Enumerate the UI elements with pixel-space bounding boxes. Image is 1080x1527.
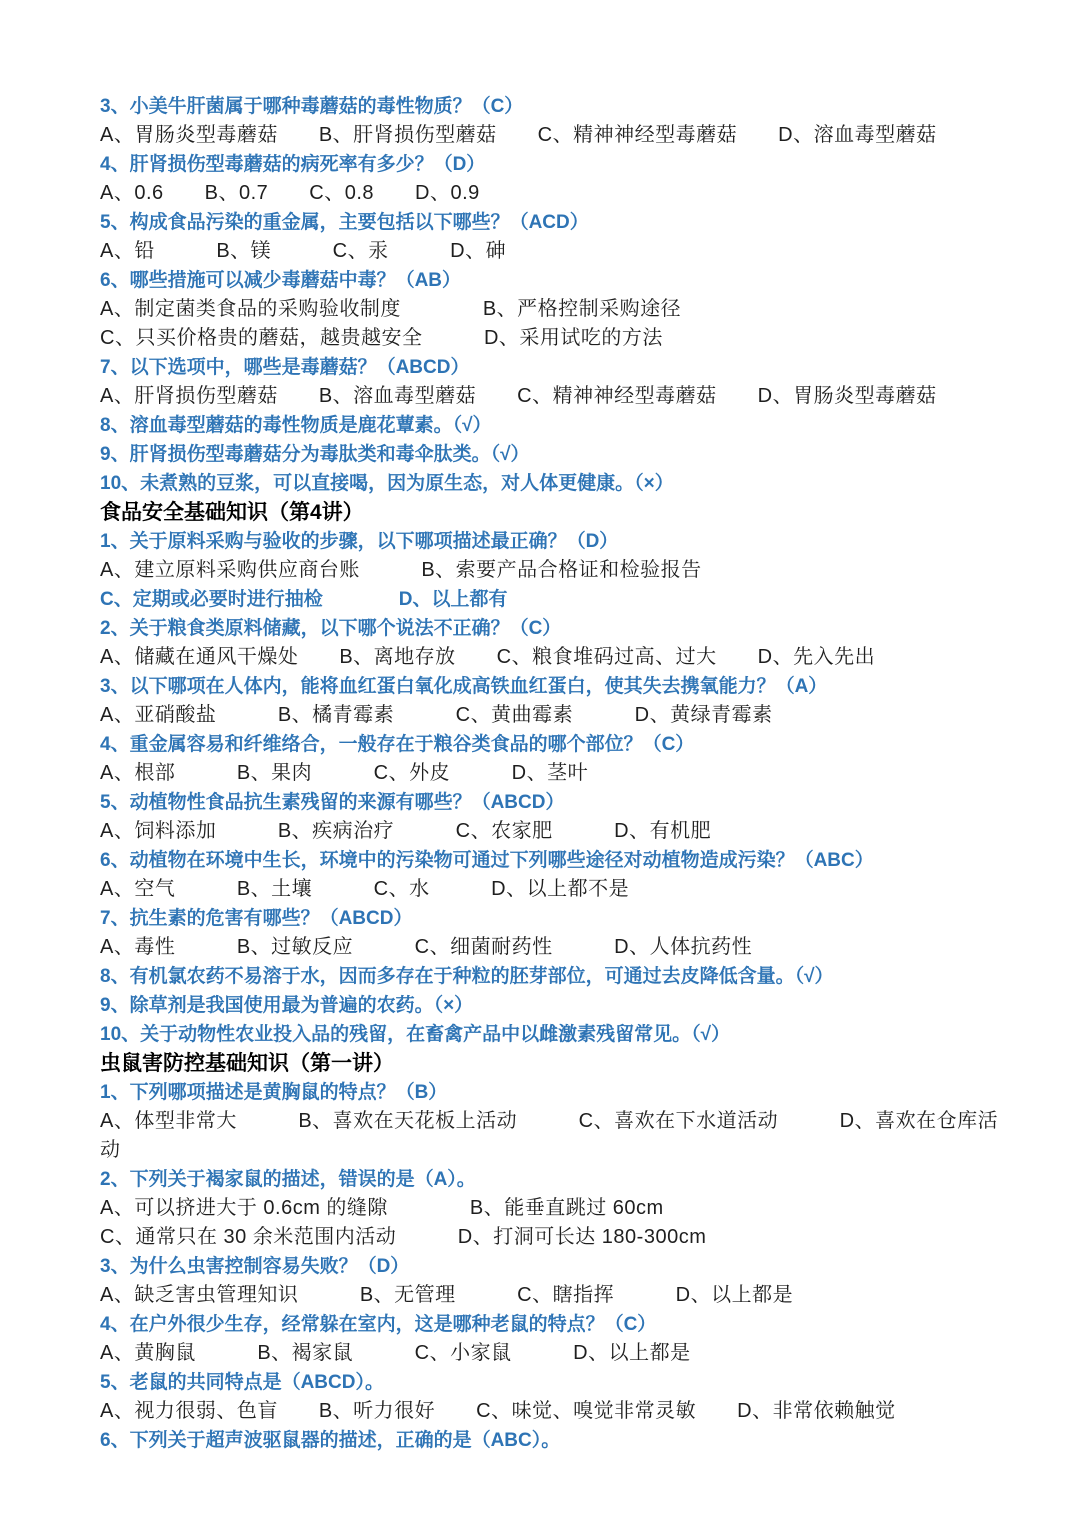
question-line: 9、肝肾损伤型毒蘑菇分为毒肽类和毒伞肽类。（√） bbox=[100, 440, 1002, 469]
option-line-highlighted: C、定期或必要时进行抽检 D、以上都有 bbox=[100, 585, 1002, 614]
option-line: A、储藏在通风干燥处 B、离地存放 C、粮食堆码过高、过大 D、先入先出 bbox=[100, 643, 1002, 672]
question-line: 3、以下哪项在人体内，能将血红蛋白氧化成高铁血红蛋白，使其失去携氧能力？（A） bbox=[100, 672, 1002, 701]
option-line: A、根部 B、果肉 C、外皮 D、茎叶 bbox=[100, 759, 1002, 788]
option-line: A、建立原料采购供应商台账 B、索要产品合格证和检验报告 bbox=[100, 556, 1002, 585]
option-line: A、0.6 B、0.7 C、0.8 D、0.9 bbox=[100, 179, 1002, 208]
option-line: A、亚硝酸盐 B、橘青霉素 C、黄曲霉素 D、黄绿青霉素 bbox=[100, 701, 1002, 730]
question-line: 6、哪些措施可以减少毒蘑菇中毒？（AB） bbox=[100, 266, 1002, 295]
question-line: 6、动植物在环境中生长，环境中的污染物可通过下列哪些途径对动植物造成污染？（AB… bbox=[100, 846, 1002, 875]
question-line: 2、关于粮食类原料储藏，以下哪个说法不正确？（C） bbox=[100, 614, 1002, 643]
question-line: 5、动植物性食品抗生素残留的来源有哪些？（ABCD） bbox=[100, 788, 1002, 817]
question-line: 1、下列哪项描述是黄胸鼠的特点？（B） bbox=[100, 1078, 1002, 1107]
question-line: 4、肝肾损伤型毒蘑菇的病死率有多少？（D） bbox=[100, 150, 1002, 179]
quiz-document: 3、小美牛肝菌属于哪种毒蘑菇的毒性物质？（C）A、胃肠炎型毒蘑菇 B、肝肾损伤型… bbox=[0, 0, 1080, 1527]
question-line: 8、溶血毒型蘑菇的毒性物质是鹿花蕈素。（√） bbox=[100, 411, 1002, 440]
option-line: A、饲料添加 B、疾病治疗 C、农家肥 D、有机肥 bbox=[100, 817, 1002, 846]
question-line: 8、有机氯农药不易溶于水，因而多存在于种粒的胚芽部位，可通过去皮降低含量。（√） bbox=[100, 962, 1002, 991]
section-header: 食品安全基础知识（第4讲） bbox=[100, 498, 1002, 527]
question-line: 3、为什么虫害控制容易失败？（D） bbox=[100, 1252, 1002, 1281]
question-line: 5、老鼠的共同特点是（ABCD）。 bbox=[100, 1368, 1002, 1397]
question-line: 4、重金属容易和纤维络合，一般存在于粮谷类食品的哪个部位？（C） bbox=[100, 730, 1002, 759]
question-line: 7、抗生素的危害有哪些？（ABCD） bbox=[100, 904, 1002, 933]
option-line: A、制定菌类食品的采购验收制度 B、严格控制采购途径 bbox=[100, 295, 1002, 324]
question-line: 7、以下选项中，哪些是毒蘑菇？（ABCD） bbox=[100, 353, 1002, 382]
option-line: A、胃肠炎型毒蘑菇 B、肝肾损伤型蘑菇 C、精神神经型毒蘑菇 D、溶血毒型蘑菇 bbox=[100, 121, 1002, 150]
question-line: 3、小美牛肝菌属于哪种毒蘑菇的毒性物质？（C） bbox=[100, 92, 1002, 121]
section-header: 虫鼠害防控基础知识（第一讲） bbox=[100, 1049, 1002, 1078]
option-line: A、黄胸鼠 B、褐家鼠 C、小家鼠 D、以上都是 bbox=[100, 1339, 1002, 1368]
option-line: A、肝肾损伤型蘑菇 B、溶血毒型蘑菇 C、精神神经型毒蘑菇 D、胃肠炎型毒蘑菇 bbox=[100, 382, 1002, 411]
question-line: 2、下列关于褐家鼠的描述，错误的是（A）。 bbox=[100, 1165, 1002, 1194]
option-line: A、空气 B、土壤 C、水 D、以上都不是 bbox=[100, 875, 1002, 904]
question-line: 5、构成食品污染的重金属，主要包括以下哪些？（ACD） bbox=[100, 208, 1002, 237]
option-line: A、体型非常大 B、喜欢在天花板上活动 C、喜欢在下水道活动 D、喜欢在仓库活动 bbox=[100, 1107, 1002, 1165]
option-line: C、只买价格贵的蘑菇，越贵越安全 D、采用试吃的方法 bbox=[100, 324, 1002, 353]
question-line: 6、下列关于超声波驱鼠器的描述，正确的是（ABC）。 bbox=[100, 1426, 1002, 1455]
option-line: A、视力很弱、色盲 B、听力很好 C、味觉、嗅觉非常灵敏 D、非常依赖触觉 bbox=[100, 1397, 1002, 1426]
option-line: A、缺乏害虫管理知识 B、无管理 C、瞎指挥 D、以上都是 bbox=[100, 1281, 1002, 1310]
question-line: 9、除草剂是我国使用最为普遍的农药。（×） bbox=[100, 991, 1002, 1020]
question-line: 1、关于原料采购与验收的步骤，以下哪项描述最正确？（D） bbox=[100, 527, 1002, 556]
option-line: A、毒性 B、过敏反应 C、细菌耐药性 D、人体抗药性 bbox=[100, 933, 1002, 962]
option-line: A、可以挤进大于 0.6cm 的缝隙 B、能垂直跳过 60cm bbox=[100, 1194, 1002, 1223]
option-line: C、通常只在 30 余米范围内活动 D、打洞可长达 180-300cm bbox=[100, 1223, 1002, 1252]
question-line: 10、未煮熟的豆浆，可以直接喝，因为原生态，对人体更健康。（×） bbox=[100, 469, 1002, 498]
question-line: 10、关于动物性农业投入品的残留，在畜禽产品中以雌激素残留常见。（√） bbox=[100, 1020, 1002, 1049]
question-line: 4、在户外很少生存，经常躲在室内，这是哪种老鼠的特点？（C） bbox=[100, 1310, 1002, 1339]
option-line: A、铅 B、镁 C、汞 D、砷 bbox=[100, 237, 1002, 266]
